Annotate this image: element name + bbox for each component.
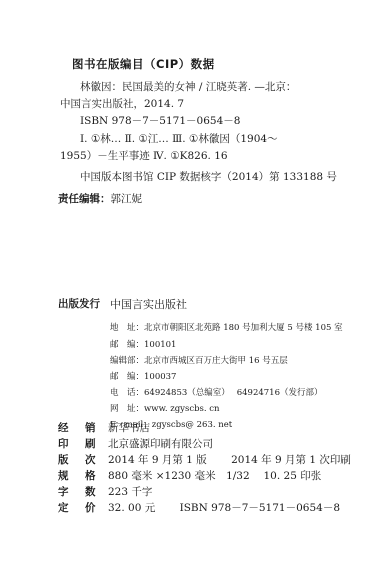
- editorial-address: 编辑部：北京市西城区百万庄大街甲 16 号五层: [110, 354, 288, 366]
- publisher-address: 地 址：北京市朝阳区北苑路 180 号加利大厦 5 号楼 105 室: [110, 321, 343, 333]
- cip-isbn: ISBN 978－7－5171－0654－8: [80, 113, 240, 128]
- cip-publisher-line: 中国言实出版社，2014. 7: [60, 96, 184, 111]
- editor-label: 责任编辑：: [58, 193, 111, 205]
- publisher-postcode: 邮 编：100101: [110, 338, 176, 350]
- publisher-name: 中国言实出版社: [110, 296, 187, 312]
- editorial-postcode: 邮 编：100037: [110, 370, 176, 382]
- cip-classification-line1: Ⅰ. ①林… Ⅱ. ①江… Ⅲ. ①林徽因（1904～: [80, 131, 278, 146]
- responsible-editor: 责任编辑：郭江妮: [58, 191, 142, 206]
- editor-name: 郭江妮: [111, 193, 143, 205]
- website[interactable]: 网 址：www. zgyscbs. cn: [110, 402, 220, 414]
- cip-title-line: 林徽因：民国最美的女神 / 江晓英著. —北京：: [80, 79, 296, 94]
- publisher-label: 出版发行: [58, 296, 100, 311]
- cip-title: 图书在版编目（CIP）数据: [72, 56, 215, 72]
- cip-classification-line2: 1955）－生平事迹 Ⅳ. ①K826. 16: [60, 148, 228, 163]
- phone: 电 话：64924853（总编室） 64924716（发行部）: [110, 386, 323, 398]
- cip-catalog-number: 中国版本图书馆 CIP 数据核字（2014）第 133188 号: [80, 169, 337, 184]
